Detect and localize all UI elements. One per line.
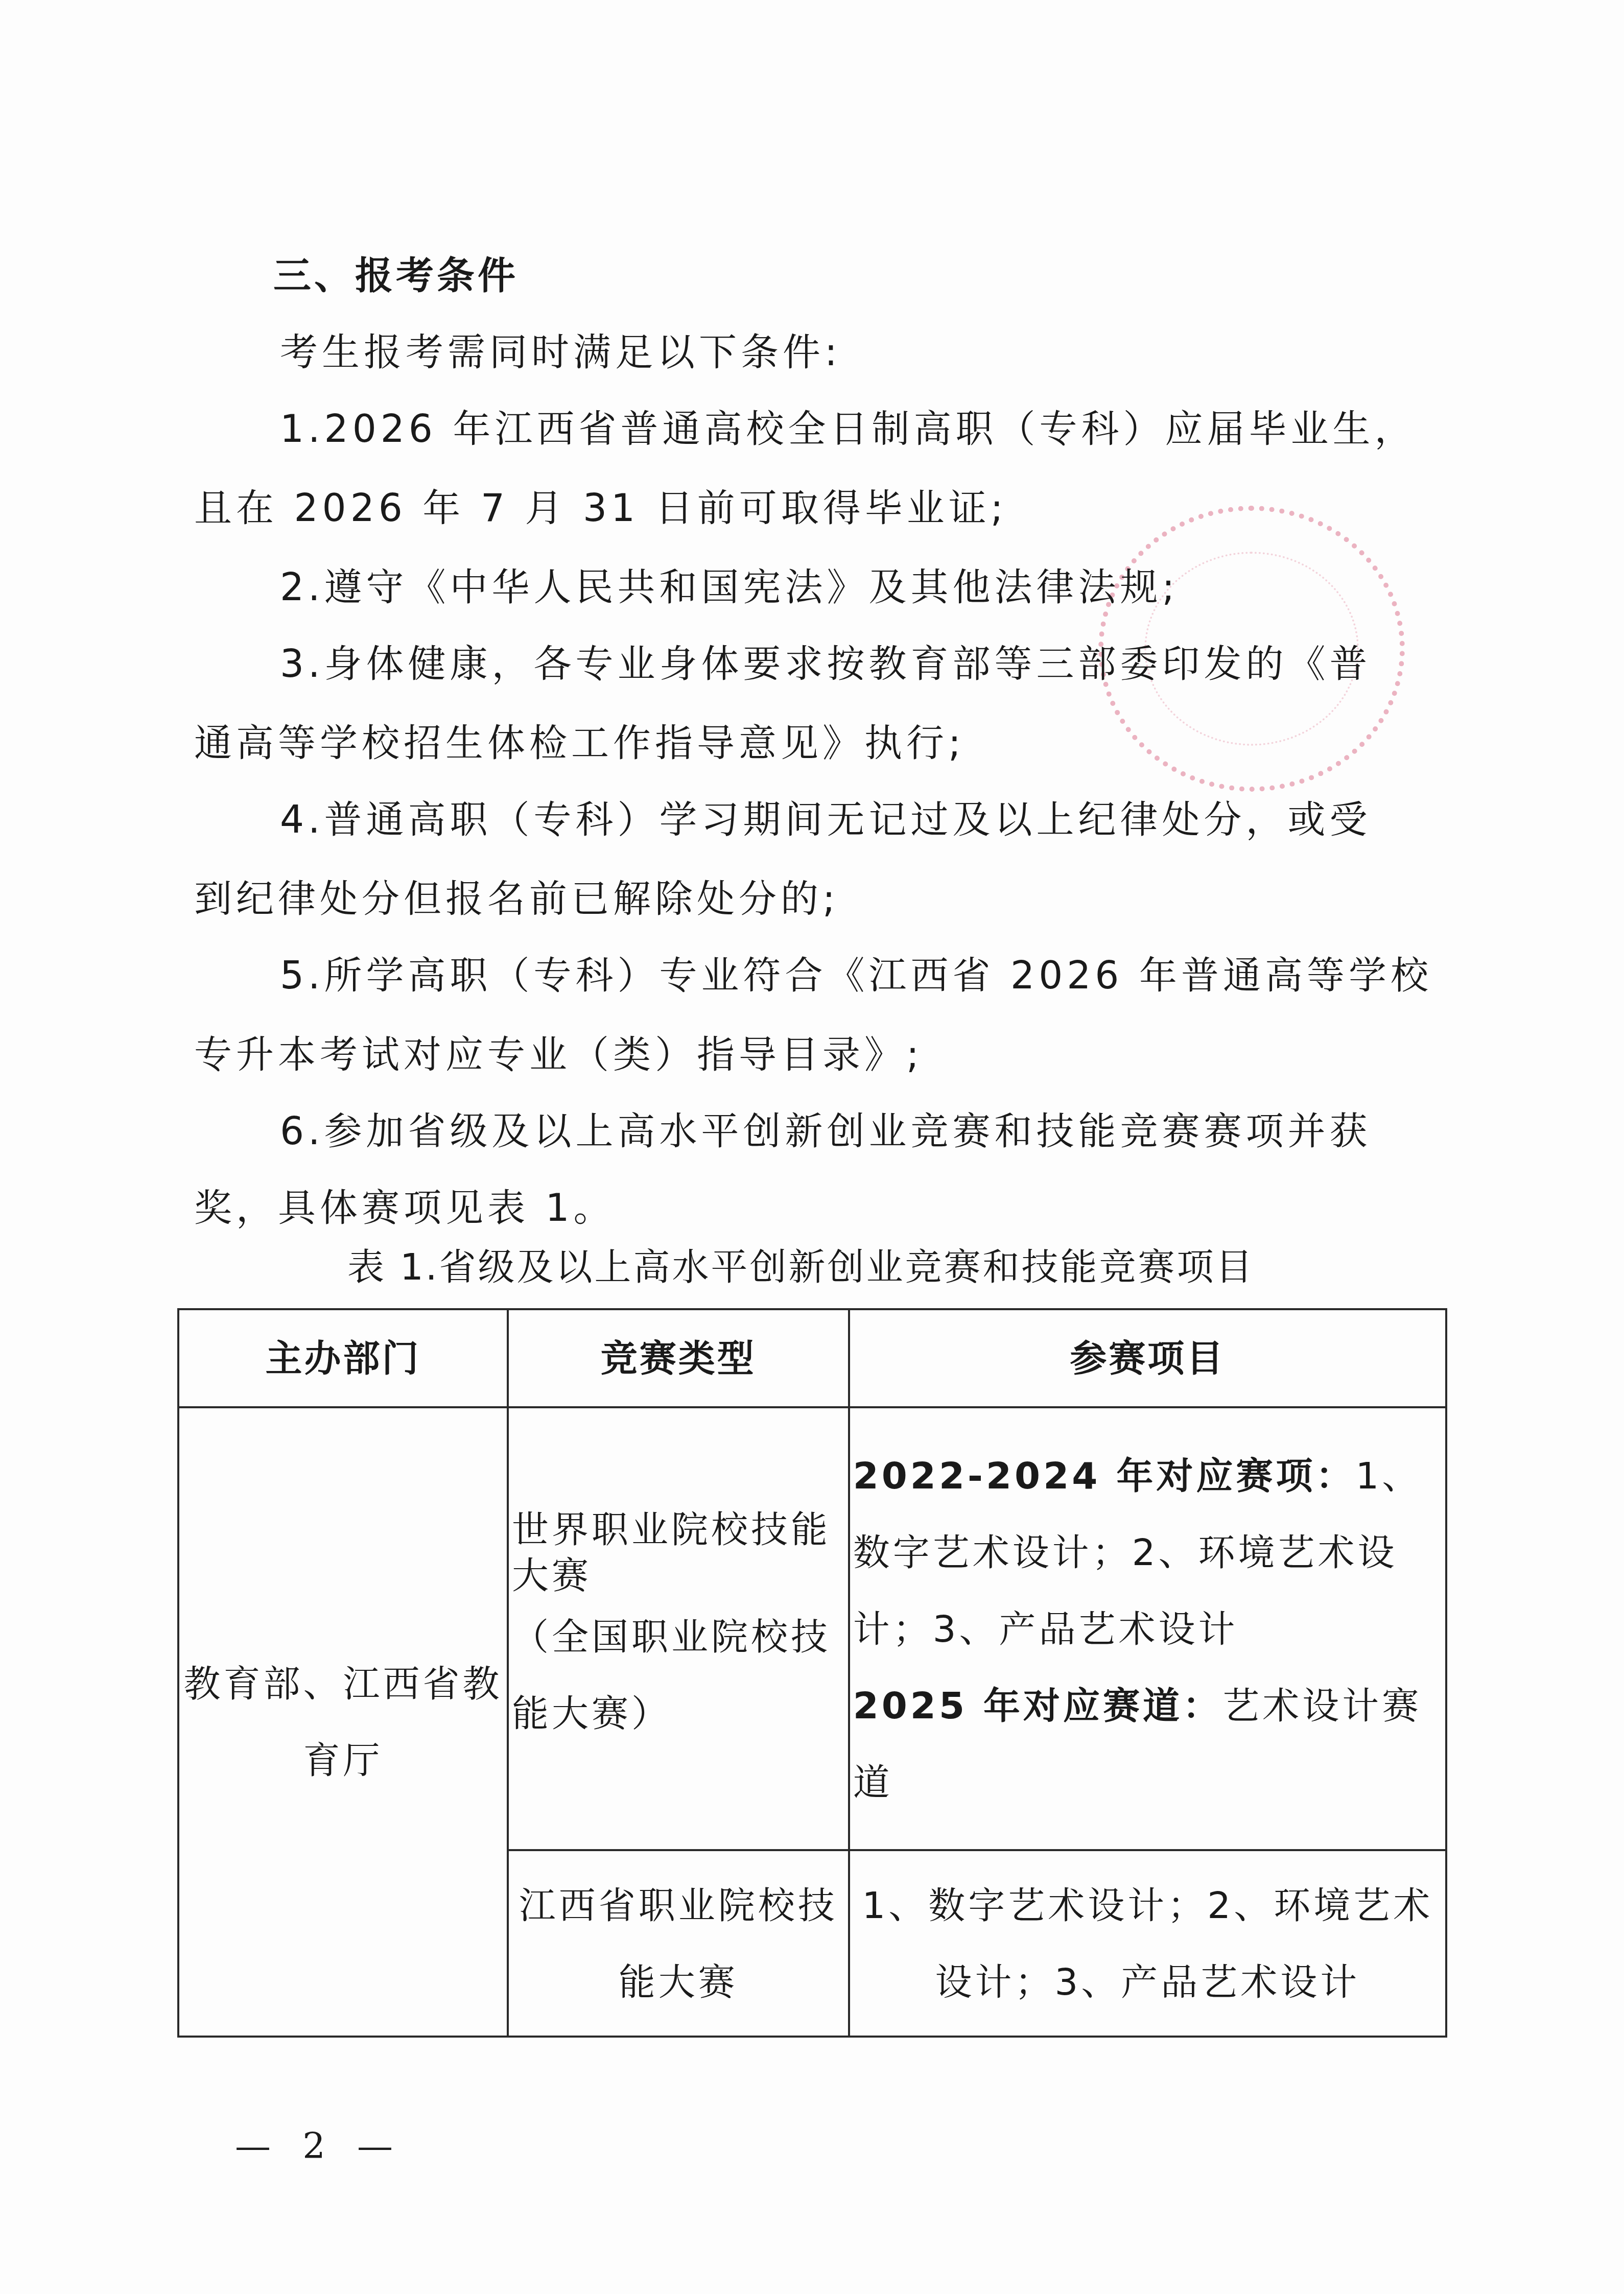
condition-5-line1: 5.所学高职（专科）专业符合《江西省 2026 年普通高等学校 bbox=[280, 950, 1432, 1001]
header-competition-type: 竞赛类型 bbox=[508, 1309, 849, 1407]
header-events: 参赛项目 bbox=[849, 1309, 1446, 1407]
condition-6-line1: 6.参加省级及以上高水平创新创业竞赛和技能竞赛赛项并获 bbox=[280, 1106, 1372, 1157]
events-item: 2022-2024 年对应赛项：1、数字艺术设计；2、环境艺术设计；3、产品艺术… bbox=[850, 1437, 1445, 1667]
competition-type-cell: 江西省职业院校技能大赛 bbox=[508, 1850, 849, 2037]
header-organizer: 主办部门 bbox=[178, 1309, 508, 1407]
section-heading: 三、报考条件 bbox=[273, 250, 519, 301]
events-period-label: 2022-2024 年对应赛项： bbox=[853, 1454, 1356, 1497]
competition-table: 主办部门 竞赛类型 参赛项目 教育部、江西省教育厅 世界职业院校技能大赛 （全国… bbox=[177, 1308, 1447, 2038]
condition-1-line2: 且在 2026 年 7 月 31 日前可取得毕业证; bbox=[194, 483, 1007, 534]
events-list: 1、数字艺术设计；2、环境艺术设计；3、产品艺术设计 bbox=[850, 1867, 1445, 2020]
condition-1-line1: 1.2026 年江西省普通高校全日制高职（专科）应届毕业生， bbox=[280, 404, 1416, 455]
condition-4-line1: 4.普通高职（专科）学习期间无记过及以上纪律处分，或受 bbox=[280, 794, 1372, 845]
events-cell: 2022-2024 年对应赛项：1、数字艺术设计；2、环境艺术设计；3、产品艺术… bbox=[849, 1407, 1446, 1850]
events-period-label: 2025 年对应赛道： bbox=[853, 1684, 1222, 1727]
table-caption: 表 1.省级及以上高水平创新创业竞赛和技能竞赛项目 bbox=[347, 1241, 1255, 1292]
table-header-row: 主办部门 竞赛类型 参赛项目 bbox=[178, 1309, 1446, 1407]
condition-6-line2: 奖，具体赛项见表 1。 bbox=[194, 1183, 616, 1234]
condition-5-line2: 专升本考试对应专业（类）指导目录》; bbox=[194, 1029, 923, 1080]
condition-2: 2.遵守《中华人民共和国宪法》及其他法律法规; bbox=[280, 562, 1179, 613]
competition-type-name: 江西省职业院校技能大赛 bbox=[509, 1867, 848, 2020]
competition-type-alias: （全国职业院校技能大赛） bbox=[509, 1598, 848, 1752]
condition-3-line1: 3.身体健康，各专业身体要求按教育部等三部委印发的《普 bbox=[280, 638, 1372, 690]
events-cell: 1、数字艺术设计；2、环境艺术设计；3、产品艺术设计 bbox=[849, 1850, 1446, 2037]
condition-4-line2: 到纪律处分但报名前已解除处分的; bbox=[194, 873, 839, 925]
condition-3-line2: 通高等学校招生体检工作指导意见》执行; bbox=[194, 718, 965, 769]
page-number: — 2 — bbox=[235, 2125, 403, 2167]
events-item: 2025 年对应赛道：艺术设计赛道 bbox=[850, 1667, 1445, 1820]
table-row: 教育部、江西省教育厅 世界职业院校技能大赛 （全国职业院校技能大赛） 2022-… bbox=[178, 1407, 1446, 1850]
competition-type-name: 世界职业院校技能大赛 bbox=[509, 1506, 848, 1598]
section-intro: 考生报考需同时满足以下条件: bbox=[280, 327, 841, 378]
competition-type-cell: 世界职业院校技能大赛 （全国职业院校技能大赛） bbox=[508, 1407, 849, 1850]
organizer-cell: 教育部、江西省教育厅 bbox=[178, 1407, 508, 2037]
organizer-text: 教育部、江西省教育厅 bbox=[179, 1645, 507, 1799]
